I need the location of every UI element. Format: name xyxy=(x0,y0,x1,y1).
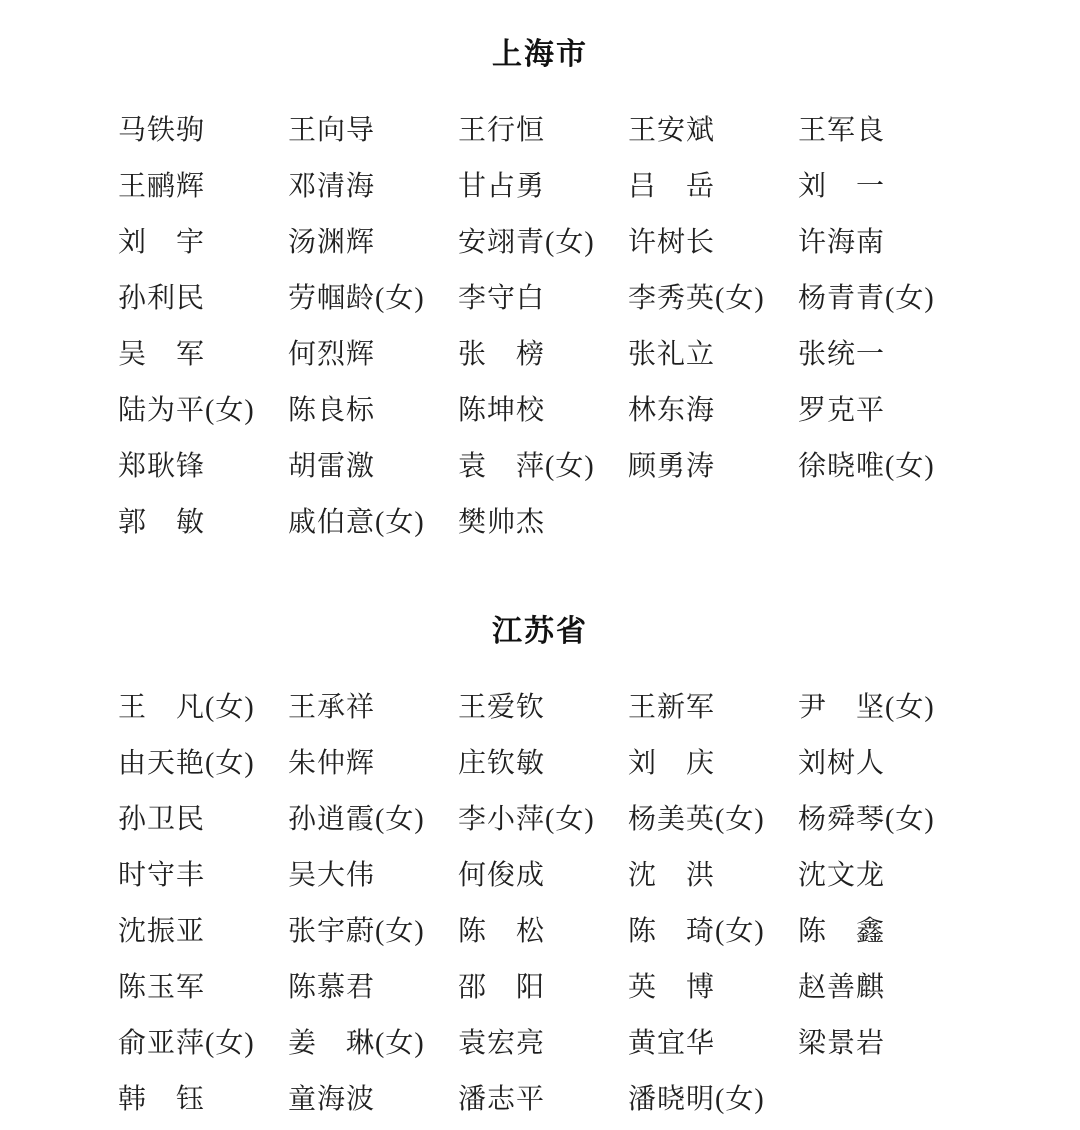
name-cell: 王爱钦 xyxy=(458,677,628,733)
name-cell: 姜 琳(女) xyxy=(288,1013,458,1069)
name-cell: 王向导 xyxy=(288,100,458,156)
name-cell: 赵善麒 xyxy=(798,957,968,1013)
name-cell: 何俊成 xyxy=(458,845,628,901)
name-cell: 汤渊辉 xyxy=(288,212,458,268)
name-cell: 梁景岩 xyxy=(798,1013,968,1069)
name-cell: 王新军 xyxy=(628,677,798,733)
name-cell: 胡雷激 xyxy=(288,436,458,492)
name-cell: 郭 敏 xyxy=(118,492,288,548)
empty-cell xyxy=(798,492,968,548)
name-cell: 戚伯意(女) xyxy=(288,492,458,548)
name-cell: 陈玉军 xyxy=(118,957,288,1013)
name-cell: 杨舜琴(女) xyxy=(798,789,968,845)
name-cell: 张礼立 xyxy=(628,324,798,380)
name-cell: 李守白 xyxy=(458,268,628,324)
name-grid: 马铁驹王向导王行恒王安斌王军良王鹂辉邓清海甘占勇吕 岳刘 一刘 宇汤渊辉安翊青(… xyxy=(0,100,1080,548)
name-cell: 王军良 xyxy=(798,100,968,156)
name-cell: 刘 宇 xyxy=(118,212,288,268)
name-cell: 甘占勇 xyxy=(458,156,628,212)
name-cell: 潘志平 xyxy=(458,1069,628,1125)
name-cell: 童海波 xyxy=(288,1069,458,1125)
name-cell: 孙利民 xyxy=(118,268,288,324)
name-cell: 陈 松 xyxy=(458,901,628,957)
name-roster-document: 上海市马铁驹王向导王行恒王安斌王军良王鹂辉邓清海甘占勇吕 岳刘 一刘 宇汤渊辉安… xyxy=(0,0,1080,1130)
name-cell: 郑耿锋 xyxy=(118,436,288,492)
name-cell: 王鹂辉 xyxy=(118,156,288,212)
name-cell: 吴 军 xyxy=(118,324,288,380)
name-cell: 俞亚萍(女) xyxy=(118,1013,288,1069)
empty-cell xyxy=(628,492,798,548)
name-cell: 许海南 xyxy=(798,212,968,268)
name-cell: 朱仲辉 xyxy=(288,733,458,789)
section-jiangsu: 江苏省王 凡(女)王承祥王爱钦王新军尹 坚(女)由天艳(女)朱仲辉庄钦敏刘 庆刘… xyxy=(0,617,1080,1125)
name-cell: 吴大伟 xyxy=(288,845,458,901)
name-cell: 李小萍(女) xyxy=(458,789,628,845)
name-cell: 陆为平(女) xyxy=(118,380,288,436)
name-cell: 安翊青(女) xyxy=(458,212,628,268)
name-cell: 徐晓唯(女) xyxy=(798,436,968,492)
section-title: 上海市 xyxy=(0,40,1080,70)
name-cell: 沈振亚 xyxy=(118,901,288,957)
section-title: 江苏省 xyxy=(0,617,1080,647)
name-cell: 杨美英(女) xyxy=(628,789,798,845)
name-cell: 马铁驹 xyxy=(118,100,288,156)
name-cell: 陈 鑫 xyxy=(798,901,968,957)
name-cell: 王行恒 xyxy=(458,100,628,156)
name-cell: 袁宏亮 xyxy=(458,1013,628,1069)
name-cell: 陈坤校 xyxy=(458,380,628,436)
name-cell: 潘晓明(女) xyxy=(628,1069,798,1125)
name-cell: 黄宜华 xyxy=(628,1013,798,1069)
name-cell: 陈良标 xyxy=(288,380,458,436)
name-cell: 王承祥 xyxy=(288,677,458,733)
name-cell: 林东海 xyxy=(628,380,798,436)
empty-cell xyxy=(798,1069,968,1125)
name-cell: 由天艳(女) xyxy=(118,733,288,789)
name-cell: 刘 一 xyxy=(798,156,968,212)
name-cell: 邓清海 xyxy=(288,156,458,212)
name-cell: 王 凡(女) xyxy=(118,677,288,733)
name-cell: 韩 钰 xyxy=(118,1069,288,1125)
name-cell: 张统一 xyxy=(798,324,968,380)
name-cell: 许树长 xyxy=(628,212,798,268)
document-content: 上海市马铁驹王向导王行恒王安斌王军良王鹂辉邓清海甘占勇吕 岳刘 一刘 宇汤渊辉安… xyxy=(0,40,1080,1125)
name-cell: 尹 坚(女) xyxy=(798,677,968,733)
name-cell: 庄钦敏 xyxy=(458,733,628,789)
name-cell: 袁 萍(女) xyxy=(458,436,628,492)
name-cell: 张 榜 xyxy=(458,324,628,380)
name-cell: 陈 琦(女) xyxy=(628,901,798,957)
name-cell: 顾勇涛 xyxy=(628,436,798,492)
name-cell: 罗克平 xyxy=(798,380,968,436)
section-shanghai: 上海市马铁驹王向导王行恒王安斌王军良王鹂辉邓清海甘占勇吕 岳刘 一刘 宇汤渊辉安… xyxy=(0,40,1080,548)
name-cell: 王安斌 xyxy=(628,100,798,156)
name-cell: 沈文龙 xyxy=(798,845,968,901)
name-cell: 时守丰 xyxy=(118,845,288,901)
name-cell: 刘树人 xyxy=(798,733,968,789)
name-cell: 刘 庆 xyxy=(628,733,798,789)
name-cell: 李秀英(女) xyxy=(628,268,798,324)
name-cell: 何烈辉 xyxy=(288,324,458,380)
name-cell: 吕 岳 xyxy=(628,156,798,212)
name-cell: 英 博 xyxy=(628,957,798,1013)
name-cell: 沈 洪 xyxy=(628,845,798,901)
name-cell: 劳帼龄(女) xyxy=(288,268,458,324)
name-cell: 孙卫民 xyxy=(118,789,288,845)
name-cell: 杨青青(女) xyxy=(798,268,968,324)
name-cell: 张宇蔚(女) xyxy=(288,901,458,957)
name-cell: 陈慕君 xyxy=(288,957,458,1013)
name-cell: 邵 阳 xyxy=(458,957,628,1013)
name-grid: 王 凡(女)王承祥王爱钦王新军尹 坚(女)由天艳(女)朱仲辉庄钦敏刘 庆刘树人孙… xyxy=(0,677,1080,1125)
name-cell: 樊帅杰 xyxy=(458,492,628,548)
name-cell: 孙逍霞(女) xyxy=(288,789,458,845)
